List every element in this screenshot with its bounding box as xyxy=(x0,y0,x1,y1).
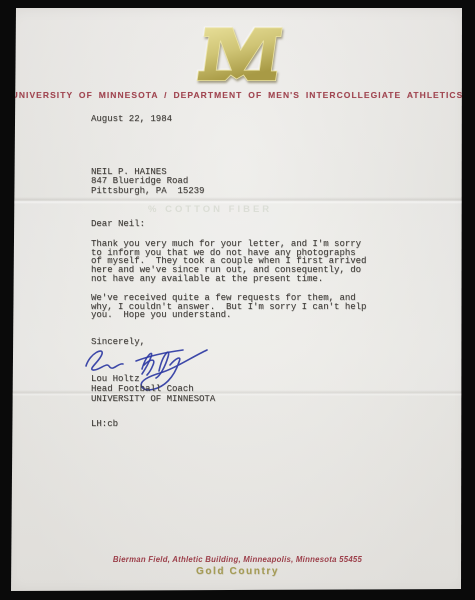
reference-initials: LH:cb xyxy=(91,420,118,429)
fold-crease-bottom xyxy=(0,390,475,396)
body-paragraph-1: Thank you very much for your letter, and… xyxy=(91,240,366,284)
salutation: Dear Neil: xyxy=(91,220,145,229)
recipient-address: NEIL P. HAINES 847 Blueridge Road Pittsb… xyxy=(91,168,204,196)
letter-paper: UNIVERSITY OF MINNESOTA / DEPARTMENT OF … xyxy=(0,0,475,600)
date-line: August 22, 1984 xyxy=(91,115,172,124)
footer-address-line: Bierman Field, Athletic Building, Minnea… xyxy=(113,555,362,564)
paper-watermark: % COTTON FIBER xyxy=(148,204,272,215)
typed-signature-block: Lou Holtz Head Football Coach UNIVERSITY… xyxy=(91,374,215,405)
fold-crease-top xyxy=(0,197,475,204)
letterhead-department-line: UNIVERSITY OF MINNESOTA / DEPARTMENT OF … xyxy=(12,90,464,100)
footer-gold-country-tagline: Gold Country xyxy=(196,566,279,577)
minnesota-block-m-logo xyxy=(196,24,284,86)
body-paragraph-2: We've received quite a few requests for … xyxy=(91,294,366,320)
